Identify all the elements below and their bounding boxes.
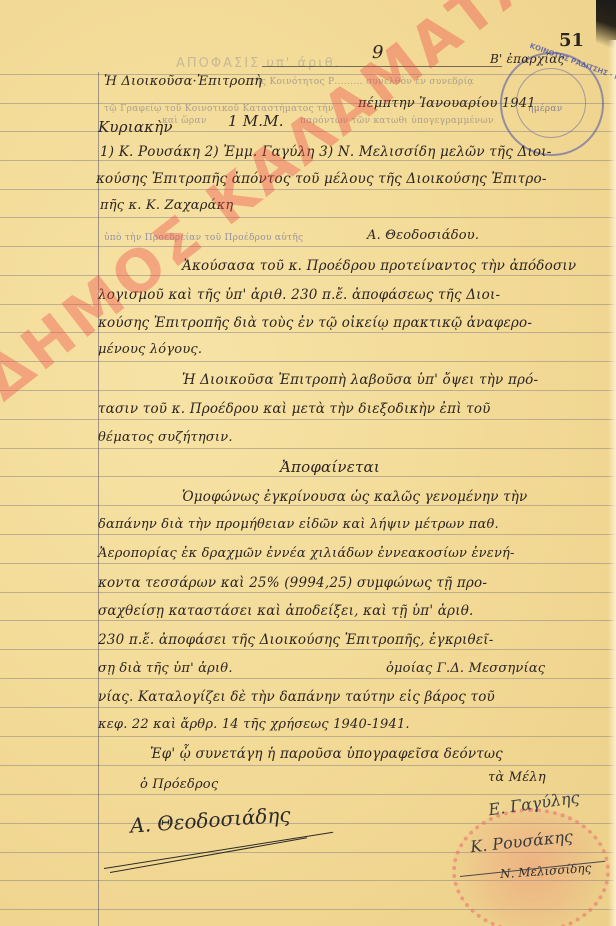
page-edge [608, 40, 616, 926]
members-label: τὰ Μέλη [488, 770, 546, 785]
ruled-line [0, 649, 616, 650]
text-line: Ἡ Διοικοῦσα Ἐπιτροπὴ λαβοῦσα ὑπ' ὄψει τὴ… [182, 372, 538, 388]
ruled-line [0, 592, 616, 593]
ruled-line [0, 189, 616, 190]
president-label: ὁ Πρόεδρος [140, 777, 218, 792]
ruled-line [0, 361, 616, 362]
ruled-line [0, 419, 616, 420]
text-line: νίας. Καταλογίζει δὲ τὴν δαπάνην ταύτην … [98, 689, 495, 705]
page-number: 51 [559, 30, 584, 51]
text-line: κοντα τεσσάρων καὶ 25% (9994,25) συμφώνω… [98, 575, 487, 591]
ruled-line [0, 476, 616, 477]
text-line: Β' ἐπαρχίας [490, 52, 564, 66]
text-line: μένους λόγους. [98, 342, 202, 357]
text-line: Ὁμοφώνως ἐγκρίνουσα ὡς καλῶς γενομένην τ… [182, 489, 527, 505]
ruled-line [0, 736, 616, 737]
text-line: Κυριακὴν [98, 118, 173, 136]
ruled-line [0, 217, 616, 218]
text-line: Ἀκούσασα τοῦ κ. Προέδρου προτείναντος τὴ… [182, 258, 576, 274]
ruled-line [0, 390, 616, 391]
section-heading: Ἀποφαίνεται [280, 458, 380, 476]
ruled-line [0, 620, 616, 621]
text-line: Α. Θεοδοσιάδου. [367, 228, 479, 243]
text-line: Ἐφ' ᾧ συνετάγη ἡ παροῦσα ὑπογραφεῖσα δεό… [150, 746, 503, 762]
ledger-page: 51 ΑΠΟΦΑΣΙΣ υπ' άριθ. 9 τῆς Κοινότητος Ρ… [0, 0, 616, 926]
text-line: κούσης Ἐπιτροπῆς ἀπόντος τοῦ μέλους τῆς … [96, 171, 547, 187]
text-line: ὁμοίας Γ.Δ. Μεσσηνίας [386, 661, 545, 676]
ruled-line [0, 678, 616, 679]
signature-flourish [104, 832, 333, 869]
ruled-line [0, 534, 616, 535]
signature-flourish [110, 837, 307, 873]
ruled-line [0, 505, 616, 506]
printed-form-title: ΑΠΟΦΑΣΙΣ υπ' άριθ. [176, 56, 341, 71]
text-line: κούσης Ἐπιτροπῆς διὰ τοὺς ἐν τῷ οἰκείῳ π… [98, 315, 532, 331]
text-line: σαχθείσῃ καταστάσει καὶ ἀποδείξει, καὶ τ… [98, 603, 474, 619]
ruled-line [0, 707, 616, 708]
text-line: θέματος συζήτησιν. [98, 430, 233, 445]
president-signature: Α. Θεοδοσιάδης [129, 802, 291, 837]
text-line: σῃ διὰ τῆς ὑπ' ἀριθ. [98, 661, 233, 676]
text-line: 230 π.ἔ. ἀποφάσει τῆς Διοικούσης Ἐπιτροπ… [98, 632, 494, 648]
ruled-line [0, 765, 616, 766]
ruled-line [0, 563, 616, 564]
text-line: Ἡ Διοικοῦσα·Ἐπιτροπὴ [104, 74, 262, 89]
text-line: δαπάνην διὰ τὴν προμήθειαν εἰδῶν καὶ λήψ… [98, 517, 499, 532]
text-line: κεφ. 22 καὶ ἄρθρ. 14 τῆς χρήσεως 1940-19… [98, 717, 410, 732]
text-line: Ἀεροπορίας ἐκ δραχμῶν ἐννέα χιλιάδων ἐνν… [98, 546, 515, 561]
text-line: τασιν τοῦ κ. Προέδρου καὶ μετὰ τὴν διεξο… [98, 401, 491, 417]
margin-line [98, 72, 99, 926]
ruled-line [0, 246, 616, 247]
ruled-line [0, 448, 616, 449]
